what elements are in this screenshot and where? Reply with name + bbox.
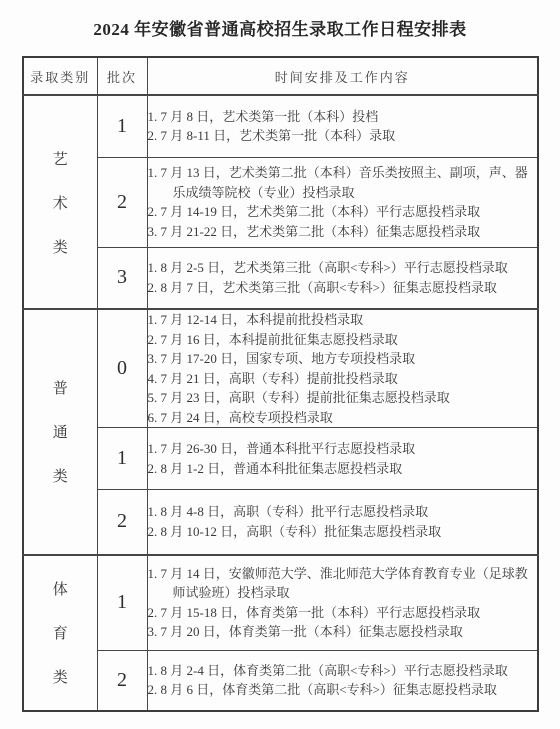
- header-batch: 批次: [97, 57, 147, 95]
- schedule-table: 录取类别 批次 时间安排及工作内容 艺术类 1 1. 7 月 8 日，艺术类第一…: [22, 56, 539, 712]
- table-row-sports-batch2: 2 1. 8 月 2-4 日，体育类第二批（高职<专科>）平行志愿投档录取 2.…: [23, 651, 538, 711]
- batch-number: 1: [97, 428, 147, 490]
- schedule-item: 2. 8 月 6 日，体育类第二批（高职<专科>）征集志愿投档录取: [148, 680, 538, 700]
- schedule-item: 1. 7 月 26-30 日，普通本科批平行志愿投档录取: [148, 439, 538, 459]
- batch-number: 3: [97, 247, 147, 309]
- category-cell-art: 艺术类: [23, 95, 97, 309]
- schedule-item: 3. 7 月 17-20 日，国家专项、地方专项投档录取: [148, 349, 538, 369]
- header-schedule: 时间安排及工作内容: [147, 57, 538, 95]
- schedule-item: 2. 8 月 10-12 日，高职（专科）批征集志愿投档录取: [148, 522, 538, 542]
- content-cell: 1. 7 月 26-30 日，普通本科批平行志愿投档录取 2. 8 月 1-2 …: [147, 428, 538, 490]
- schedule-item: 2. 8 月 7 日，艺术类第三批（高职<专科>）征集志愿投档录取: [148, 278, 538, 298]
- schedule-item: 1. 8 月 4-8 日，高职（专科）批平行志愿投档录取: [148, 502, 538, 522]
- content-cell: 1. 7 月 8 日，艺术类第一批（本科）投档 2. 7 月 8-11 日，艺术…: [147, 95, 538, 157]
- table-row-art-batch1: 艺术类 1 1. 7 月 8 日，艺术类第一批（本科）投档 2. 7 月 8-1…: [23, 95, 538, 157]
- schedule-item: 5. 7 月 23 日，高职（专科）提前批征集志愿投档录取: [148, 388, 538, 408]
- batch-number: 2: [97, 651, 147, 711]
- schedule-item: 3. 7 月 20 日，体育类第一批（本科）征集志愿投档录取: [148, 622, 538, 642]
- batch-number: 2: [97, 490, 147, 555]
- table-row-art-batch3: 3 1. 8 月 2-5 日，艺术类第三批（高职<专科>）平行志愿投档录取 2.…: [23, 247, 538, 309]
- content-cell: 1. 7 月 13 日，艺术类第二批（本科）音乐类按照主、副项，声、器乐成绩等院…: [147, 157, 538, 247]
- schedule-item: 1. 7 月 13 日，艺术类第二批（本科）音乐类按照主、副项，声、器乐成绩等院…: [148, 163, 538, 202]
- content-cell: 1. 8 月 2-4 日，体育类第二批（高职<专科>）平行志愿投档录取 2. 8…: [147, 651, 538, 711]
- table-row-general-batch1: 1 1. 7 月 26-30 日，普通本科批平行志愿投档录取 2. 8 月 1-…: [23, 428, 538, 490]
- page-title: 2024 年安徽省普通高校招生录取工作日程安排表: [0, 0, 560, 40]
- schedule-item: 6. 7 月 24 日，高校专项投档录取: [148, 408, 538, 428]
- document-page: 2024 年安徽省普通高校招生录取工作日程安排表 录取类别 批次 时间安排及工作…: [0, 0, 560, 729]
- category-label-sports: 体育类: [24, 578, 97, 687]
- schedule-item: 1. 7 月 14 日，安徽师范大学、淮北师范大学体育教育专业（足球教师试验班）…: [148, 564, 538, 603]
- schedule-item: 1. 7 月 8 日，艺术类第一批（本科）投档: [148, 107, 538, 127]
- batch-number: 2: [97, 157, 147, 247]
- content-cell: 1. 7 月 12-14 日，本科提前批投档录取 2. 7 月 16 日，本科提…: [147, 309, 538, 428]
- table-header-row: 录取类别 批次 时间安排及工作内容: [23, 57, 538, 95]
- schedule-item: 4. 7 月 21 日，高职（专科）提前批投档录取: [148, 369, 538, 389]
- table-row-general-batch2: 2 1. 8 月 4-8 日，高职（专科）批平行志愿投档录取 2. 8 月 10…: [23, 490, 538, 555]
- schedule-item: 2. 7 月 16 日，本科提前批征集志愿投档录取: [148, 330, 538, 350]
- content-cell: 1. 8 月 4-8 日，高职（专科）批平行志愿投档录取 2. 8 月 10-1…: [147, 490, 538, 555]
- schedule-item: 2. 7 月 15-18 日，体育类第一批（本科）平行志愿投档录取: [148, 603, 538, 623]
- schedule-item: 1. 7 月 12-14 日，本科提前批投档录取: [148, 310, 538, 330]
- schedule-item: 2. 7 月 14-19 日，艺术类第二批（本科）平行志愿投档录取: [148, 202, 538, 222]
- header-category: 录取类别: [23, 57, 97, 95]
- category-label-general: 普通类: [24, 377, 97, 486]
- content-cell: 1. 7 月 14 日，安徽师范大学、淮北师范大学体育教育专业（足球教师试验班）…: [147, 555, 538, 651]
- table-row-general-batch0: 普通类 0 1. 7 月 12-14 日，本科提前批投档录取 2. 7 月 16…: [23, 309, 538, 428]
- batch-number: 0: [97, 309, 147, 428]
- category-label-art: 艺术类: [24, 148, 97, 257]
- batch-number: 1: [97, 95, 147, 157]
- schedule-item: 2. 7 月 8-11 日，艺术类第一批（本科）录取: [148, 126, 538, 146]
- batch-number: 1: [97, 555, 147, 651]
- category-cell-general: 普通类: [23, 309, 97, 555]
- schedule-item: 1. 8 月 2-4 日，体育类第二批（高职<专科>）平行志愿投档录取: [148, 661, 538, 681]
- category-cell-sports: 体育类: [23, 555, 97, 711]
- schedule-item: 1. 8 月 2-5 日，艺术类第三批（高职<专科>）平行志愿投档录取: [148, 258, 538, 278]
- schedule-item: 3. 7 月 21-22 日，艺术类第二批（本科）征集志愿投档录取: [148, 222, 538, 242]
- schedule-item: 2. 8 月 1-2 日，普通本科批征集志愿投档录取: [148, 459, 538, 479]
- table-row-sports-batch1: 体育类 1 1. 7 月 14 日，安徽师范大学、淮北师范大学体育教育专业（足球…: [23, 555, 538, 651]
- table-row-art-batch2: 2 1. 7 月 13 日，艺术类第二批（本科）音乐类按照主、副项，声、器乐成绩…: [23, 157, 538, 247]
- content-cell: 1. 8 月 2-5 日，艺术类第三批（高职<专科>）平行志愿投档录取 2. 8…: [147, 247, 538, 309]
